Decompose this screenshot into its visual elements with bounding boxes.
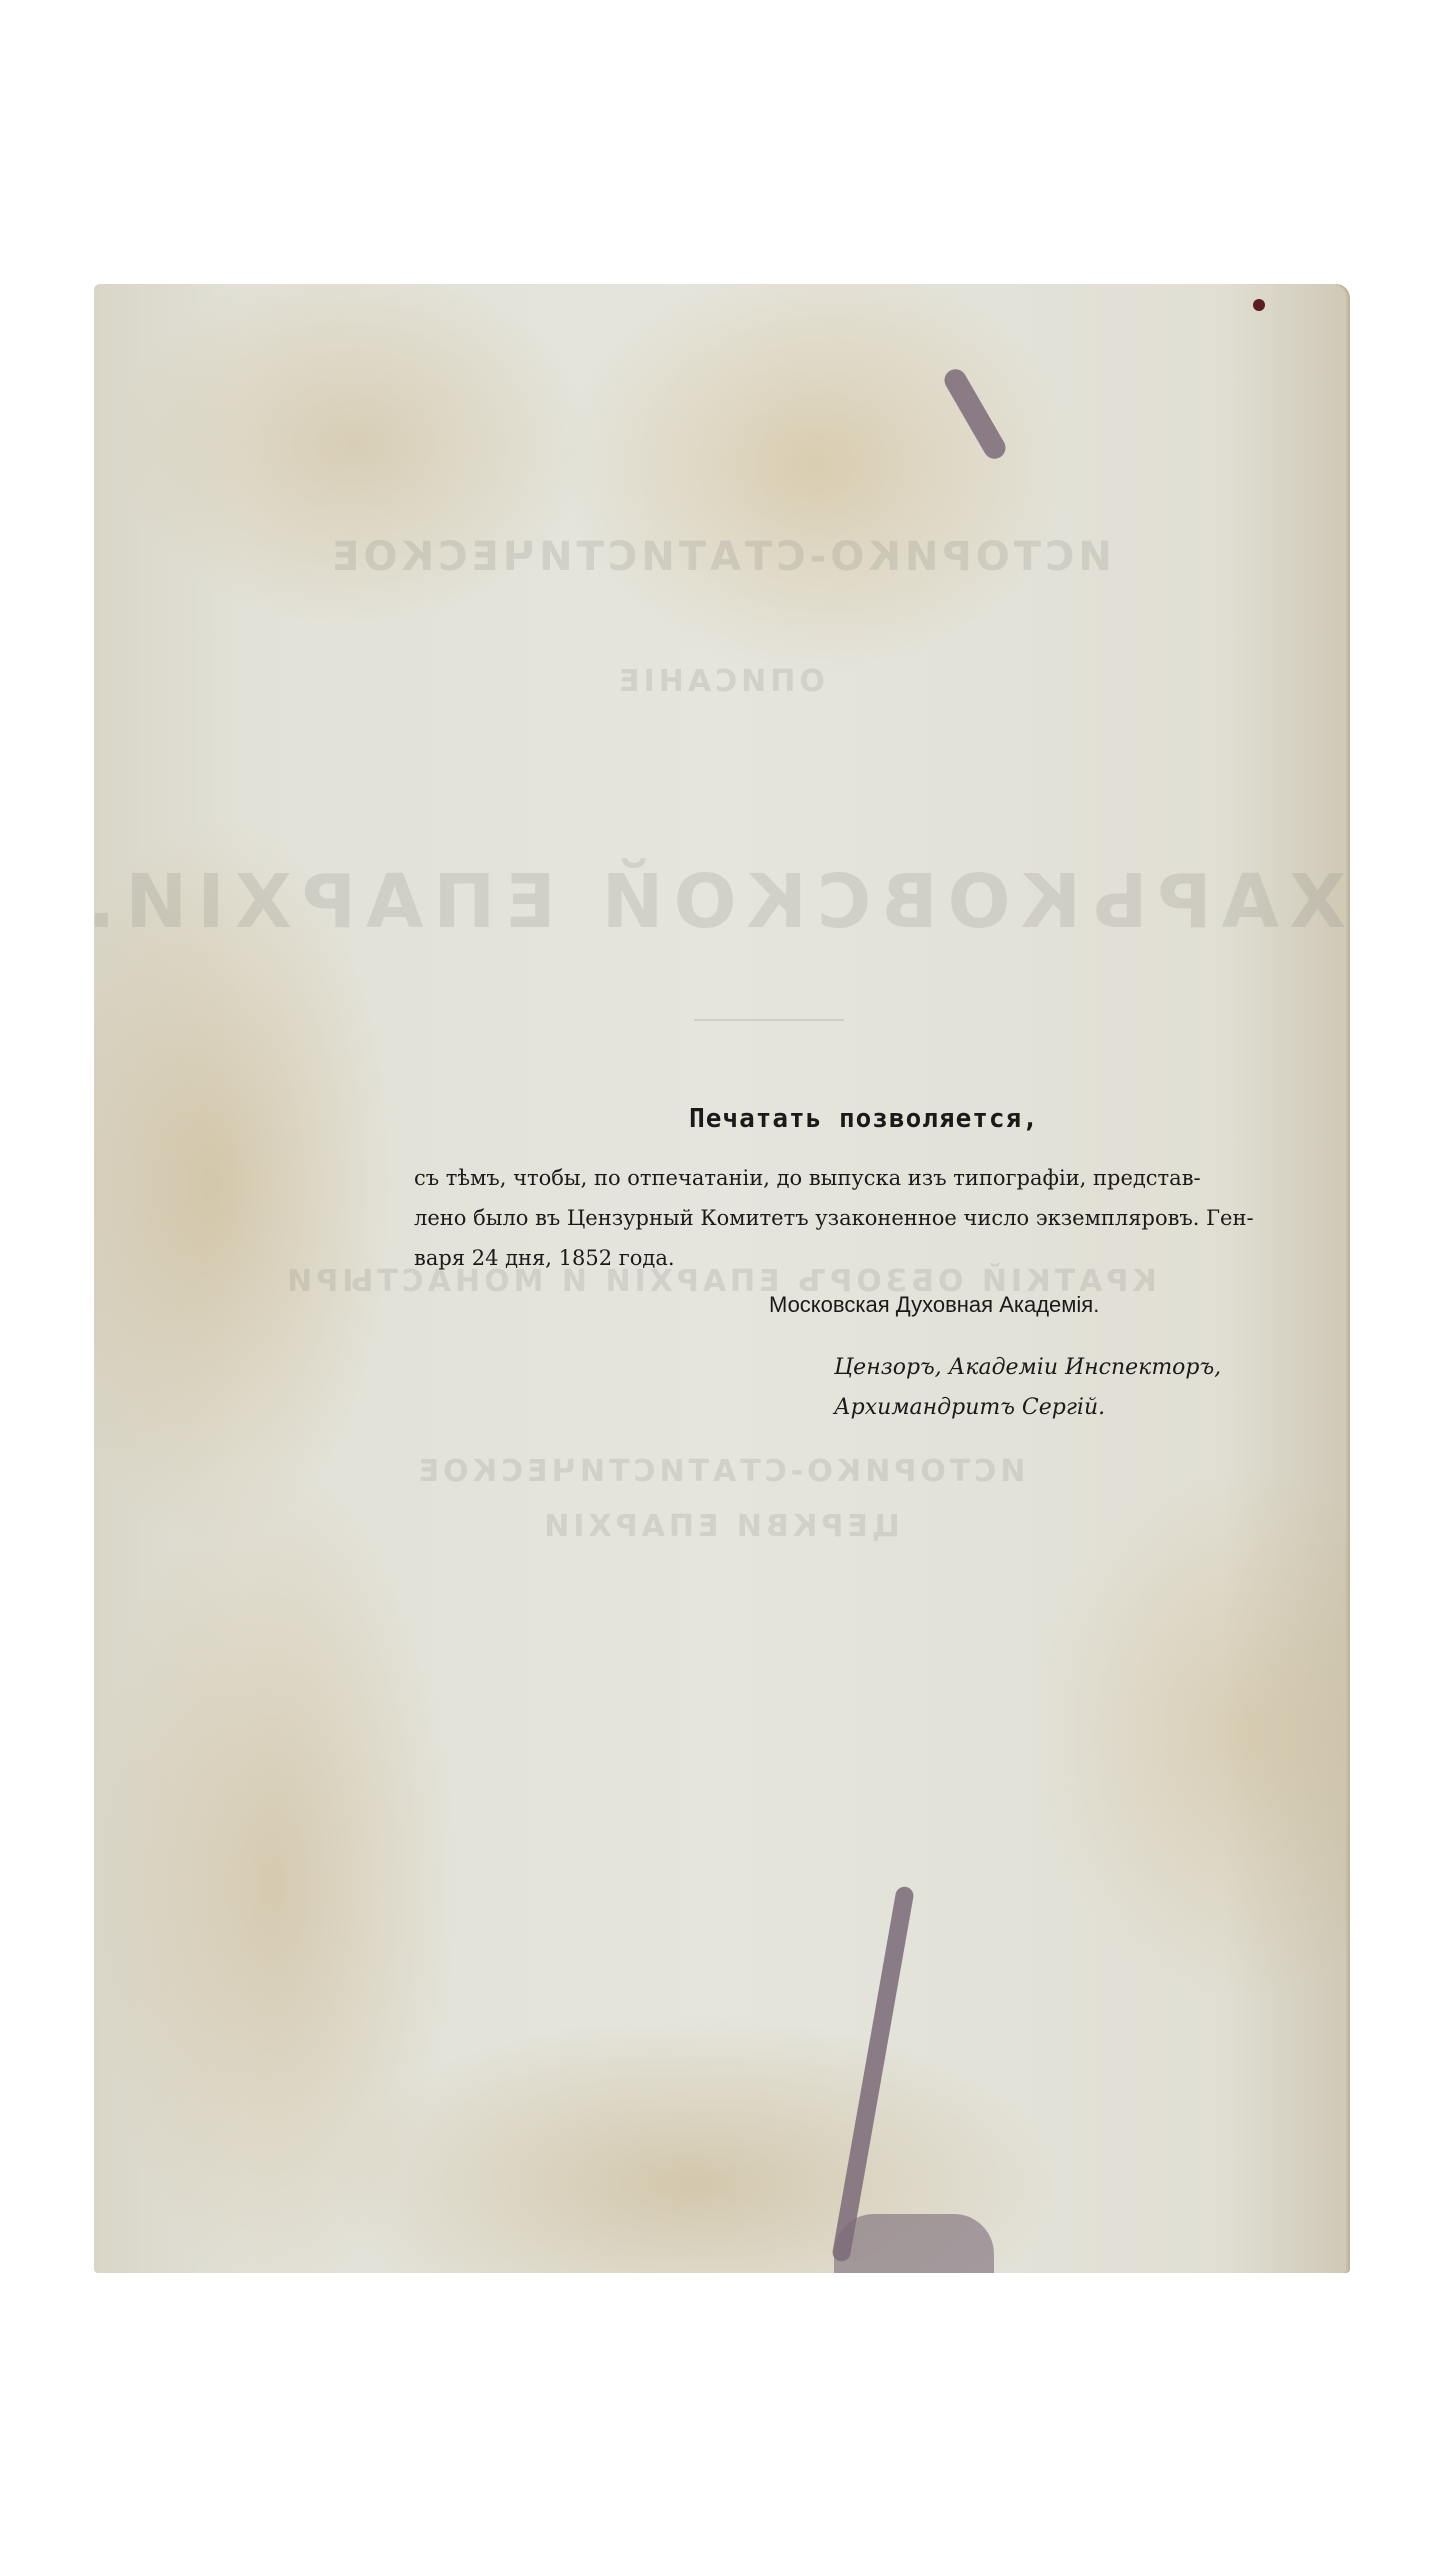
show-through-line: ОПИСАНІЕ: [94, 664, 1346, 699]
show-through-line: ЦЕРКВИ ЕПАРХІИ: [94, 1509, 1346, 1544]
show-through-line: ИСТОРИКО-СТАТИСТИЧЕСКОЕ: [94, 1454, 1346, 1489]
imprimatur-block: Печатать позволяется, съ тѣмъ, чтобы, по…: [414, 1104, 1274, 1428]
body-line: варя 24 дня, 1852 года.: [414, 1238, 1274, 1278]
ink-stain-top: [940, 365, 1009, 463]
signature-line: Архимандритъ Сергій.: [834, 1388, 1274, 1428]
red-dot-mark: [1253, 299, 1265, 311]
book-page: ИСТОРИКО-СТАТИСТИЧЕСКОЕ ОПИСАНІЕ ХАРЬКОВ…: [94, 284, 1346, 2273]
imprimatur-heading: Печатать позволяется,: [454, 1104, 1274, 1134]
institution-name: Московская Духовная Академія.: [769, 1292, 1274, 1318]
censor-signature: Цензоръ, Академіи Инспекторъ, Архимандри…: [834, 1348, 1274, 1428]
body-line: съ тѣмъ, чтобы, по отпечатаніи, до выпус…: [414, 1158, 1274, 1198]
imprimatur-body: съ тѣмъ, чтобы, по отпечатаніи, до выпус…: [414, 1158, 1274, 1278]
show-through-line: ИСТОРИКО-СТАТИСТИЧЕСКОЕ: [94, 534, 1346, 580]
body-line: лено было въ Цензурный Комитетъ узаконен…: [414, 1198, 1274, 1238]
ink-blot-bottom: [834, 2214, 994, 2273]
signature-line: Цензоръ, Академіи Инспекторъ,: [834, 1348, 1274, 1388]
show-through-rule: [694, 1019, 844, 1021]
show-through-title: ХАРЬКОВСКОЙ ЕПАРХІИ.: [94, 859, 1346, 945]
ink-stain-bottom: [831, 1885, 915, 2262]
